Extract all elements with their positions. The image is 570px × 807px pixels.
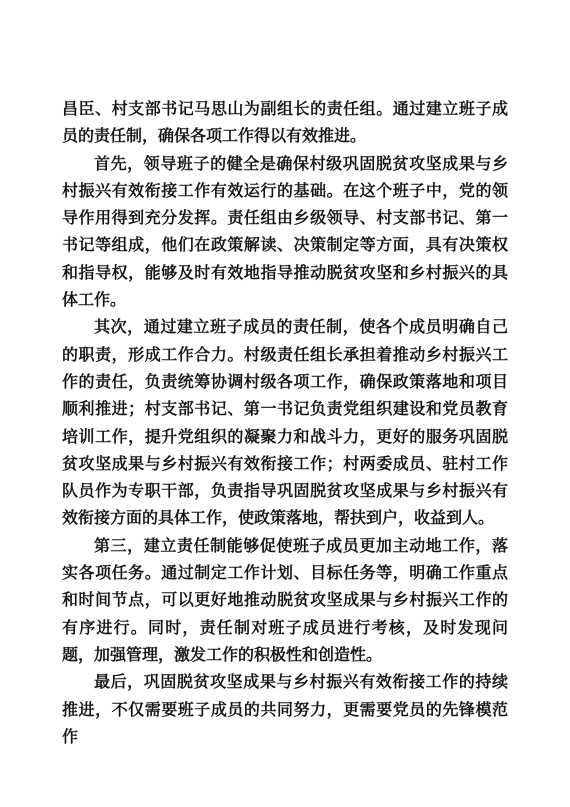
paragraph-third-point: 第三，建立责任制能够促使班子成员更加主动地工作，落实各项任务。通过制定工作计划、… bbox=[62, 533, 508, 669]
paragraph-first-point: 首先，领导班子的健全是确保村级巩固脱贫攻坚成果与乡村振兴有效衔接工作有效运行的基… bbox=[62, 151, 508, 315]
paragraph-last-point: 最后，巩固脱贫攻坚成果与乡村振兴有效衔接工作的持续推进，不仅需要班子成员的共同努… bbox=[62, 669, 508, 751]
paragraph-continuation: 昌臣、村支部书记马思山为副组长的责任组。通过建立班子成员的责任制，确保各项工作得… bbox=[62, 96, 508, 151]
document-page: 昌臣、村支部书记马思山为副组长的责任组。通过建立班子成员的责任制，确保各项工作得… bbox=[0, 0, 570, 807]
document-text-block: 昌臣、村支部书记马思山为副组长的责任组。通过建立班子成员的责任制，确保各项工作得… bbox=[62, 96, 508, 751]
paragraph-second-point: 其次，通过建立班子成员的责任制，使各个成员明确自己的职责，形成工作合力。村级责任… bbox=[62, 314, 508, 532]
